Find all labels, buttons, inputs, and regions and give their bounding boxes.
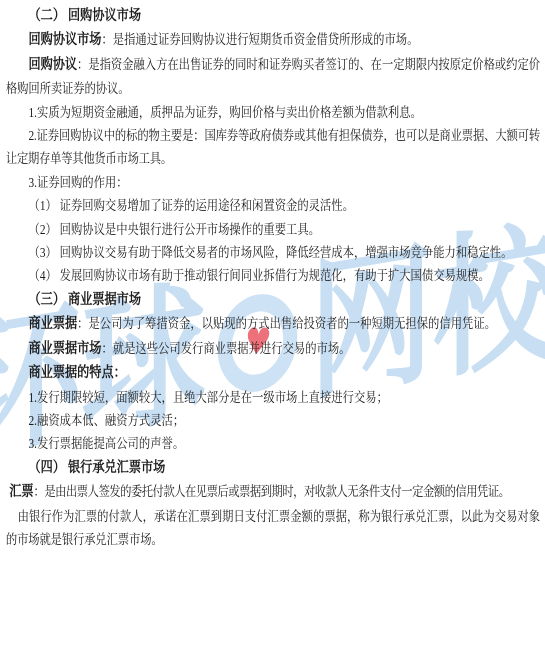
section-heading-text: （二） 回购协议市场 — [29, 8, 141, 24]
section-heading-3: （三） 商业票据市场 — [6, 288, 540, 312]
document-content: （二） 回购协议市场 回购协议市场：是指通过证券回购协议进行短期货币资金借贷所形… — [0, 0, 545, 551]
section-heading-text: （四） 银行承兑汇票市场 — [29, 460, 166, 476]
paragraph-subitem-2: （2） 回购协议是中央银行进行公开市场操作的重要工具。 — [6, 218, 540, 241]
paragraph-text: ：是由出票人签发的委托付款人在见票后或票据到期时，对收款人无条件支付一定金额的信… — [34, 484, 510, 499]
paragraph-text: 1.发行期限较短，面额较大，且绝大部分是在一级市场上直接进行交易； — [29, 390, 388, 405]
paragraph-feature-1: 1.发行期限较短，面额较大，且绝大部分是在一级市场上直接进行交易； — [6, 386, 540, 409]
term: 回购协议市场 — [29, 32, 102, 48]
paragraph-cp-features-title: 商业票据的特点： — [6, 361, 540, 385]
paragraph-text: ：是公司为了筹措资金，以贴现的方式出售给投资者的一种短期无担保的信用凭证。 — [77, 316, 496, 331]
paragraph-draft-def: 汇票：是由出票人签发的委托付款人在见票后或票据到期时，对收款人无条件支付一定金额… — [6, 480, 540, 504]
paragraph-text: 由银行作为汇票的付款人，承诺在汇票到期日支付汇票金额的票据，称为银行承兑汇票，以… — [6, 509, 540, 547]
term: 回购协议 — [29, 57, 78, 73]
paragraph-text: （1） 证券回购交易增加了证券的运用途径和闲置资金的灵活性。 — [29, 198, 354, 213]
paragraph-item-2: 2.证券回购协议中的标的物主要是：国库券等政府债券或其他有担保债券，也可以是商业… — [6, 124, 540, 171]
paragraph-feature-2: 2.融资成本低、融资方式灵活； — [6, 409, 540, 432]
paragraph-subitem-1: （1） 证券回购交易增加了证券的运用途径和闲置资金的灵活性。 — [6, 194, 540, 217]
paragraph-subitem-4: （4） 发展回购协议市场有助于推动银行间同业拆借行为规范化，有助于扩大国债交易规… — [6, 264, 540, 287]
paragraph-text: （3） 回购协议交易有助于降低交易者的市场风险，降低经营成本，增强市场竞争能力和… — [29, 245, 513, 260]
paragraph-item-3: 3.证券回购的作用： — [6, 171, 540, 194]
paragraph-cp-def: 商业票据：是公司为了筹措资金，以贴现的方式出售给投资者的一种短期无担保的信用凭证… — [6, 312, 540, 336]
paragraph-text: ：是指通过证券回购协议进行短期货币资金借贷所形成的市场。 — [101, 32, 418, 47]
paragraph-text: ：就是这些公司发行商业票据并进行交易的市场。 — [101, 341, 350, 356]
page-canvas: 环球 ♥ 网校 （二） 回购协议市场 回购协议市场：是指通过证券回购协议进行短期… — [0, 0, 545, 665]
paragraph-text: ：是指资金融入方在出售证券的同时和证券购买者签订的、在一定期限内按原定价格或约定… — [6, 57, 540, 96]
section-heading-2: （二） 回购协议市场 — [6, 4, 540, 28]
term: 商业票据的特点： — [29, 365, 126, 381]
document-page: { "page": { "background": "#ffffff", "te… — [0, 0, 545, 665]
paragraph-text: 3.证券回购的作用： — [29, 175, 128, 190]
paragraph-cp-market-def: 商业票据市场：就是这些公司发行商业票据并进行交易的市场。 — [6, 337, 540, 361]
paragraph-bank-acceptance: 由银行作为汇票的付款人，承诺在汇票到期日支付汇票金额的票据，称为银行承兑汇票，以… — [6, 505, 540, 552]
term: 商业票据市场 — [29, 341, 102, 357]
paragraph-text: 3.发行票据能提高公司的声誉。 — [29, 436, 185, 451]
paragraph-text: （2） 回购协议是中央银行进行公开市场操作的重要工具。 — [29, 222, 320, 237]
term: 商业票据 — [29, 316, 78, 332]
paragraph-text: 2.证券回购协议中的标的物主要是：国库券等政府债券或其他有担保债券，也可以是商业… — [6, 128, 540, 166]
term: 汇票 — [9, 484, 33, 500]
paragraph-text: 1.实质为短期资金融通，质押品为证券，购回价格与卖出价格差额为借款利息。 — [29, 105, 422, 120]
paragraph-text: 2.融资成本低、融资方式灵活； — [29, 413, 185, 428]
paragraph-repo-agreement-def: 回购协议：是指资金融入方在出售证券的同时和证券购买者签订的、在一定期限内按原定价… — [6, 53, 540, 101]
paragraph-item-1: 1.实质为短期资金融通，质押品为证券，购回价格与卖出价格差额为借款利息。 — [6, 101, 540, 124]
section-heading-4: （四） 银行承兑汇票市场 — [6, 456, 540, 480]
paragraph-repo-market-def: 回购协议市场：是指通过证券回购协议进行短期货币资金借贷所形成的市场。 — [6, 28, 540, 52]
section-heading-text: （三） 商业票据市场 — [29, 292, 141, 308]
paragraph-feature-3: 3.发行票据能提高公司的声誉。 — [6, 432, 540, 455]
paragraph-text: （4） 发展回购协议市场有助于推动银行间同业拆借行为规范化，有助于扩大国债交易规… — [29, 268, 490, 283]
paragraph-subitem-3: （3） 回购协议交易有助于降低交易者的市场风险，降低经营成本，增强市场竞争能力和… — [6, 241, 540, 264]
